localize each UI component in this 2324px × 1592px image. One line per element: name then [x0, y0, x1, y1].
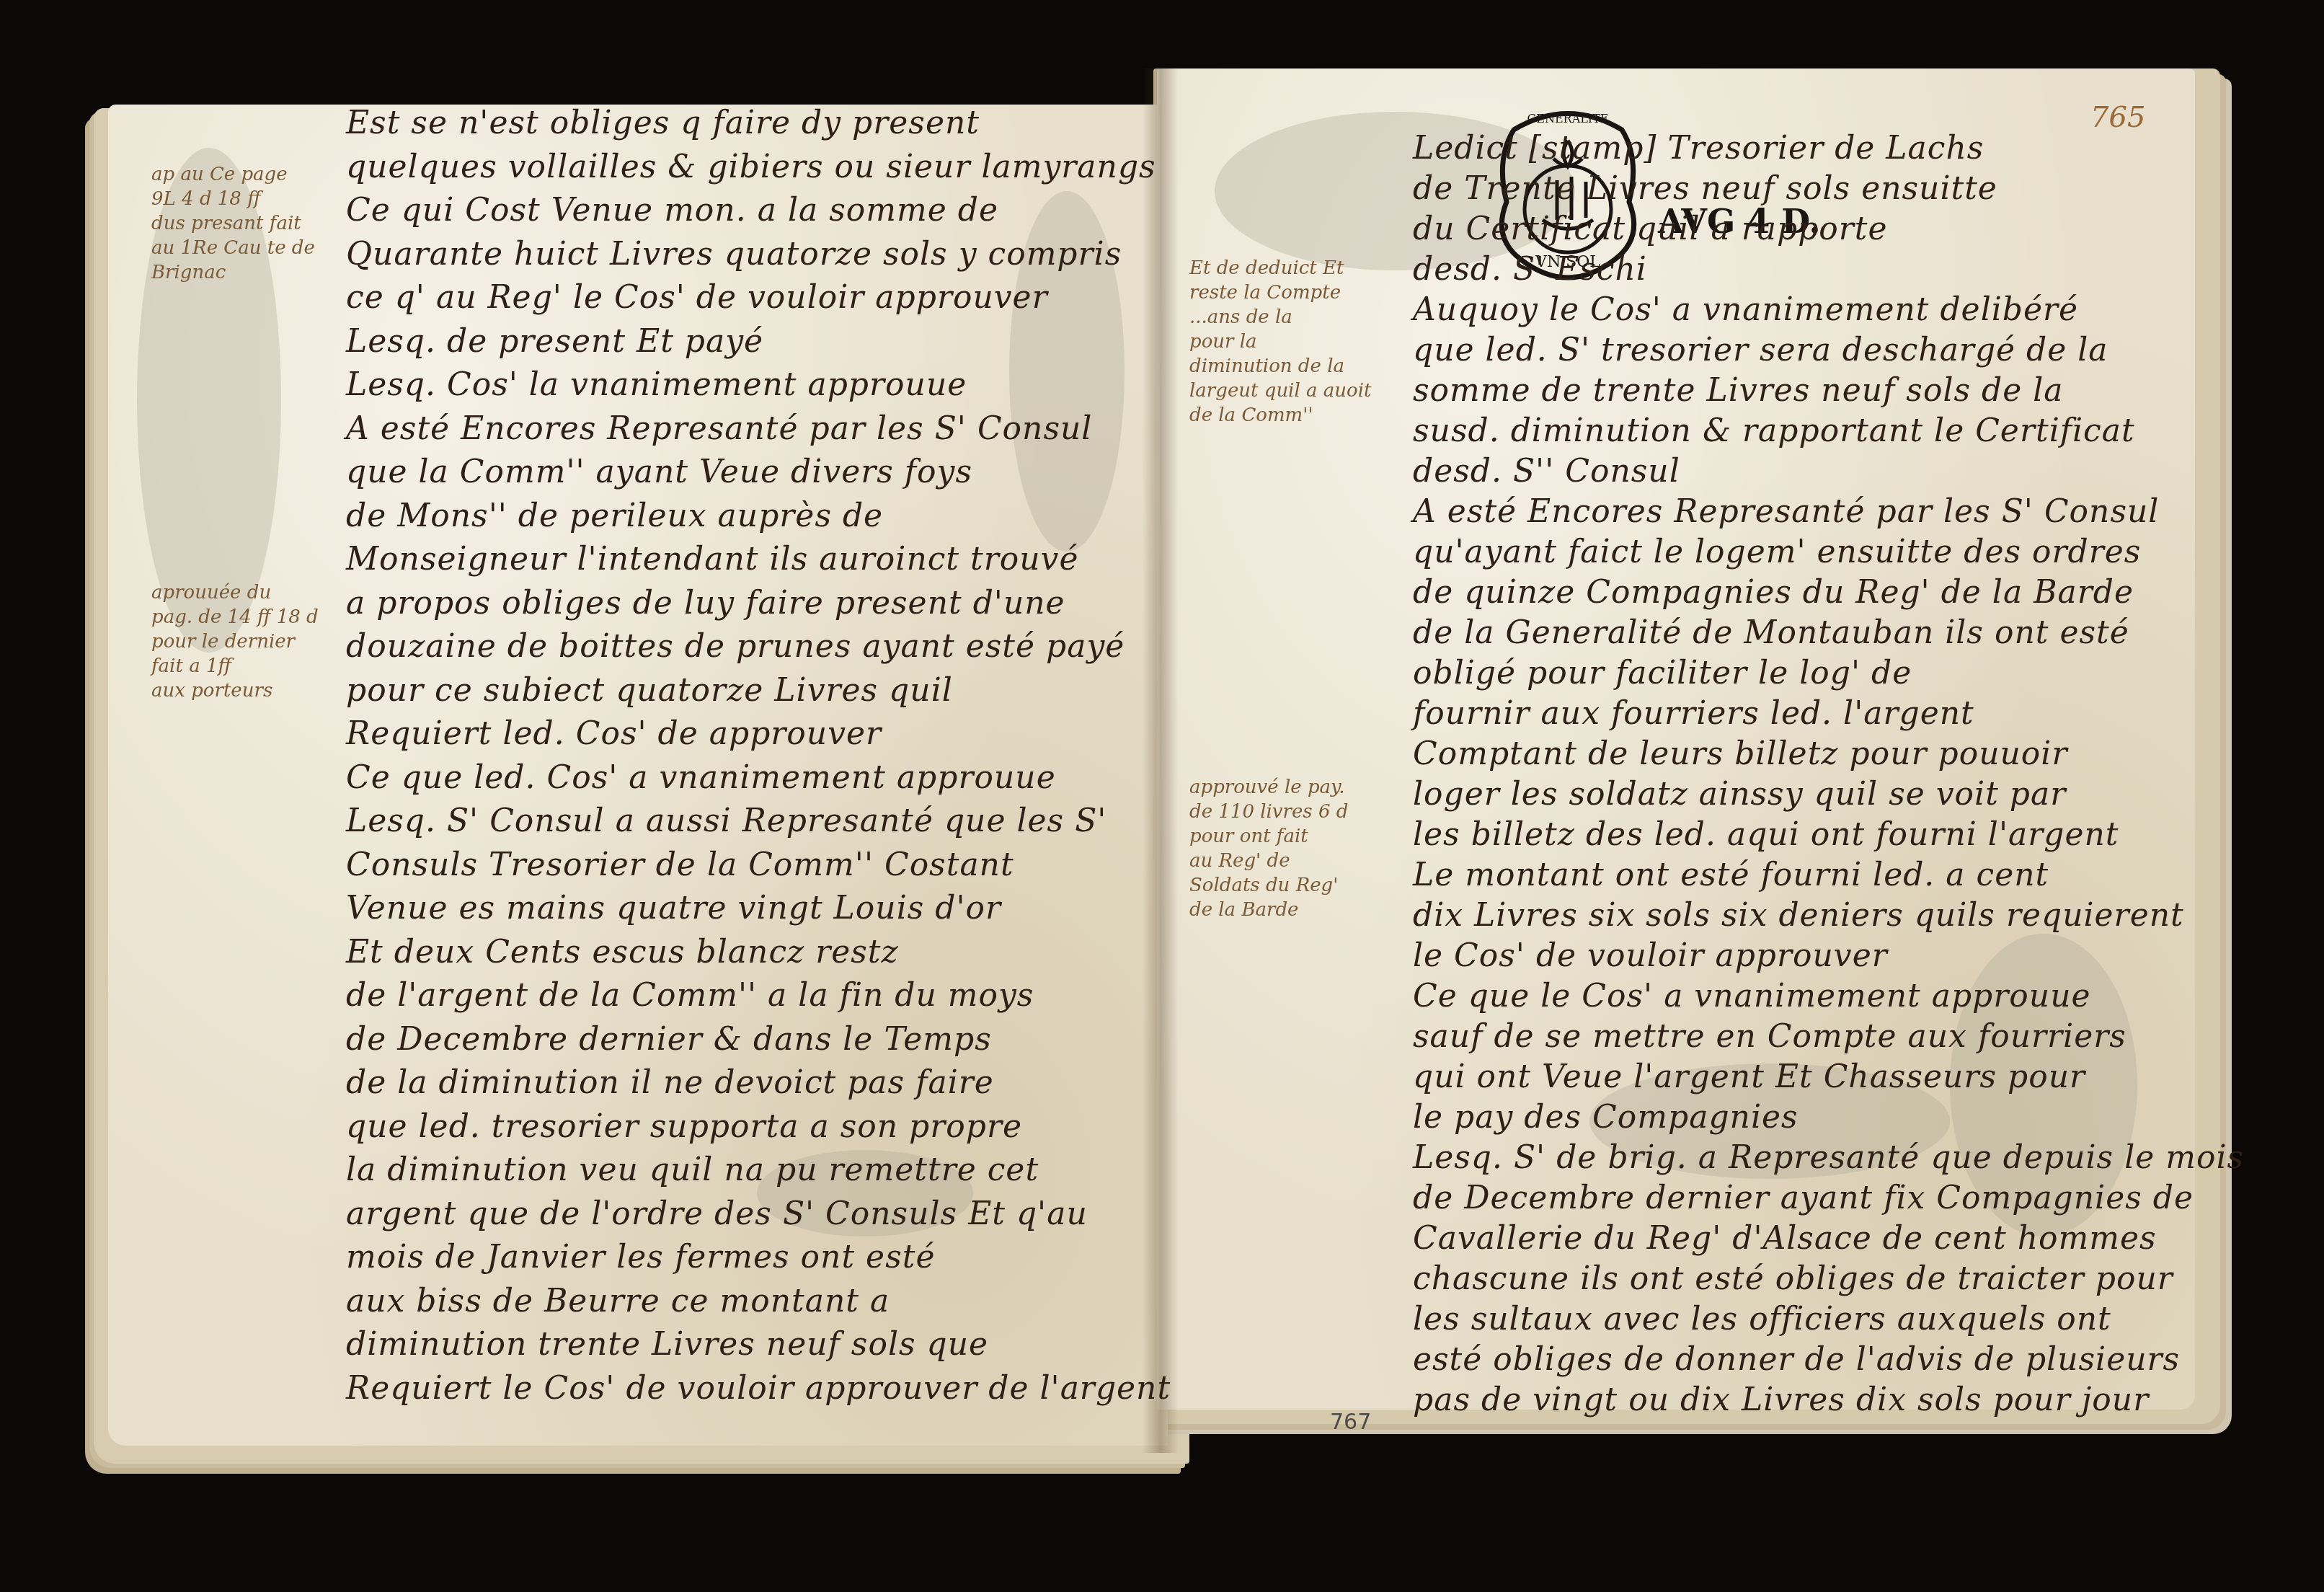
manuscript-line: Lesq. S' Consul a aussi Represanté que l…	[346, 802, 1106, 839]
manuscript-line: diminution trente Livres neuf sols que	[346, 1326, 988, 1363]
manuscript-line: Venue es mains quatre vingt Louis d'or	[346, 890, 1001, 927]
manuscript-line: dix Livres six sols six deniers quils re…	[1413, 897, 2184, 934]
manuscript-line: de Decembre dernier & dans le Temps	[346, 1021, 992, 1058]
manuscript-line: argent que de l'ordre des S' Consuls Et …	[346, 1195, 1088, 1232]
margin-note: aprouuée du pag. de 14 ff 18 d pour le d…	[151, 580, 319, 703]
manuscript-line: esté obliges de donner de l'advis de plu…	[1413, 1341, 2180, 1378]
book-gutter	[1143, 68, 1179, 1453]
manuscript-line: quelques vollailles & gibiers ou sieur l…	[346, 149, 1156, 185]
manuscript-line: Lesq. de present Et payé	[346, 323, 763, 360]
manuscript-line: desd. S' Eschi	[1413, 251, 1647, 288]
margin-note: approuvé le pay. de 110 livres 6 d pour …	[1189, 775, 1348, 922]
manuscript-line: Ce qui Cost Venue mon. a la somme de	[346, 192, 998, 229]
manuscript-line: de Mons'' de perileux auprès de	[346, 497, 883, 534]
manuscript-line: loger les soldatz ainssy quil se voit pa…	[1413, 776, 2066, 813]
manuscript-line: obligé pour faciliter le log' de	[1413, 655, 1912, 691]
manuscript-line: douzaine de boittes de prunes ayant esté…	[346, 628, 1125, 665]
manuscript-line: A esté Encores Represanté par les S' Con…	[1413, 493, 2159, 530]
manuscript-line: la diminution veu quil na pu remettre ce…	[346, 1151, 1039, 1188]
manuscript-line: Ce que le Cos' a vnanimement approuue	[1413, 978, 2091, 1014]
manuscript-line: qui ont Veue l'argent Et Chasseurs pour	[1413, 1058, 2085, 1095]
manuscript-line: le Cos' de vouloir approuver	[1413, 937, 1888, 974]
manuscript-line: somme de trente Livres neuf sols de la	[1413, 372, 2064, 409]
manuscript-line: Lesq. Cos' la vnanimement approuue	[346, 366, 967, 403]
manuscript-line: de la Generalité de Montauban ils ont es…	[1413, 614, 2129, 651]
manuscript-line: chascune ils ont esté obliges de traicte…	[1413, 1260, 2173, 1297]
manuscript-line: aux biss de Beurre ce montant a	[346, 1283, 890, 1319]
manuscript-line: Monseigneur l'intendant ils auroinct tro…	[346, 541, 1078, 578]
manuscript-line: Ce que led. Cos' a vnanimement approuue	[346, 759, 1056, 796]
page-number: 765	[2090, 101, 2145, 134]
manuscript-line: les billetz des led. aqui ont fourni l'a…	[1413, 816, 2119, 853]
manuscript-line: Est se n'est obliges q faire dy present	[346, 105, 980, 141]
manuscript-line: sauf de se mettre en Compte aux fourrier…	[1413, 1018, 2126, 1055]
manuscript-line: ce q' au Reg' le Cos' de vouloir approuv…	[346, 279, 1048, 316]
manuscript-line: que la Comm'' ayant Veue divers foys	[346, 454, 972, 490]
manuscript-line: mois de Janvier les fermes ont esté	[346, 1239, 935, 1275]
manuscript-line: Requiert le Cos' de vouloir approuver de…	[346, 1370, 1171, 1407]
manuscript-line: Ledict [stamp] Tresorier de Lachs	[1413, 130, 1984, 167]
manuscript-line: de quinze Compagnies du Reg' de la Barde	[1413, 574, 2134, 611]
folio-number: 767	[1330, 1410, 1371, 1435]
manuscript-line: pas de vingt ou dix Livres dix sols pour…	[1413, 1381, 2149, 1418]
manuscript-line: du Certificat quil a rapporte	[1413, 211, 1888, 247]
manuscript-line: susd. diminution & rapportant le Certifi…	[1413, 412, 2135, 449]
manuscript-line: de l'argent de la Comm'' a la fin du moy…	[346, 977, 1034, 1014]
manuscript-line: Auquoy le Cos' a vnanimement delibéré	[1413, 291, 2078, 328]
manuscript-line: A esté Encores Represanté par les S' Con…	[346, 410, 1092, 447]
manuscript-line: de Trente Livres neuf sols ensuitte	[1413, 170, 1997, 207]
manuscript-line: qu'ayant faict le logem' ensuitte des or…	[1413, 534, 2141, 570]
manuscript-line: de la diminution il ne devoict pas faire	[346, 1064, 994, 1101]
manuscript-line: que led. tresorier supporta a son propre	[346, 1108, 1022, 1145]
manuscript-line: Cavallerie du Reg' d'Alsace de cent homm…	[1413, 1220, 2157, 1257]
manuscript-line: les sultaux avec les officiers auxquels …	[1413, 1301, 2111, 1337]
manuscript-line: fournir aux fourriers led. l'argent	[1413, 695, 1974, 732]
manuscript-line: Le montant ont esté fourni led. a cent	[1413, 857, 2049, 893]
manuscript-line: Quarante huict Livres quatorze sols y co…	[346, 236, 1122, 273]
margin-note: ap au Ce page 9L 4 d 18 ff dus presant f…	[151, 162, 315, 285]
margin-note: Et de deduict Et reste la Compte ...ans …	[1189, 256, 1371, 428]
manuscript-line: que led. S' tresorier sera deschargé de …	[1413, 332, 2108, 368]
manuscript-line: pour ce subiect quatorze Livres quil	[346, 672, 953, 709]
manuscript-line: Requiert led. Cos' de approuver	[346, 715, 882, 752]
svg-text:GENERALITE: GENERALITE	[1527, 112, 1608, 125]
manuscript-line: Comptant de leurs billetz pour pouuoir	[1413, 735, 2067, 772]
manuscript-line: a propos obliges de luy faire present d'…	[346, 585, 1065, 622]
manuscript-line: desd. S'' Consul	[1413, 453, 1680, 490]
manuscript-line: Lesq. S' de brig. a Represanté que depui…	[1413, 1139, 2244, 1176]
manuscript-line: Et deux Cents escus blancz restz	[346, 934, 899, 970]
manuscript-line: le pay des Compagnies	[1413, 1099, 1799, 1136]
manuscript-line: Consuls Tresorier de la Comm'' Costant	[346, 846, 1014, 883]
manuscript-line: de Decembre dernier ayant fix Compagnies…	[1413, 1180, 2194, 1216]
